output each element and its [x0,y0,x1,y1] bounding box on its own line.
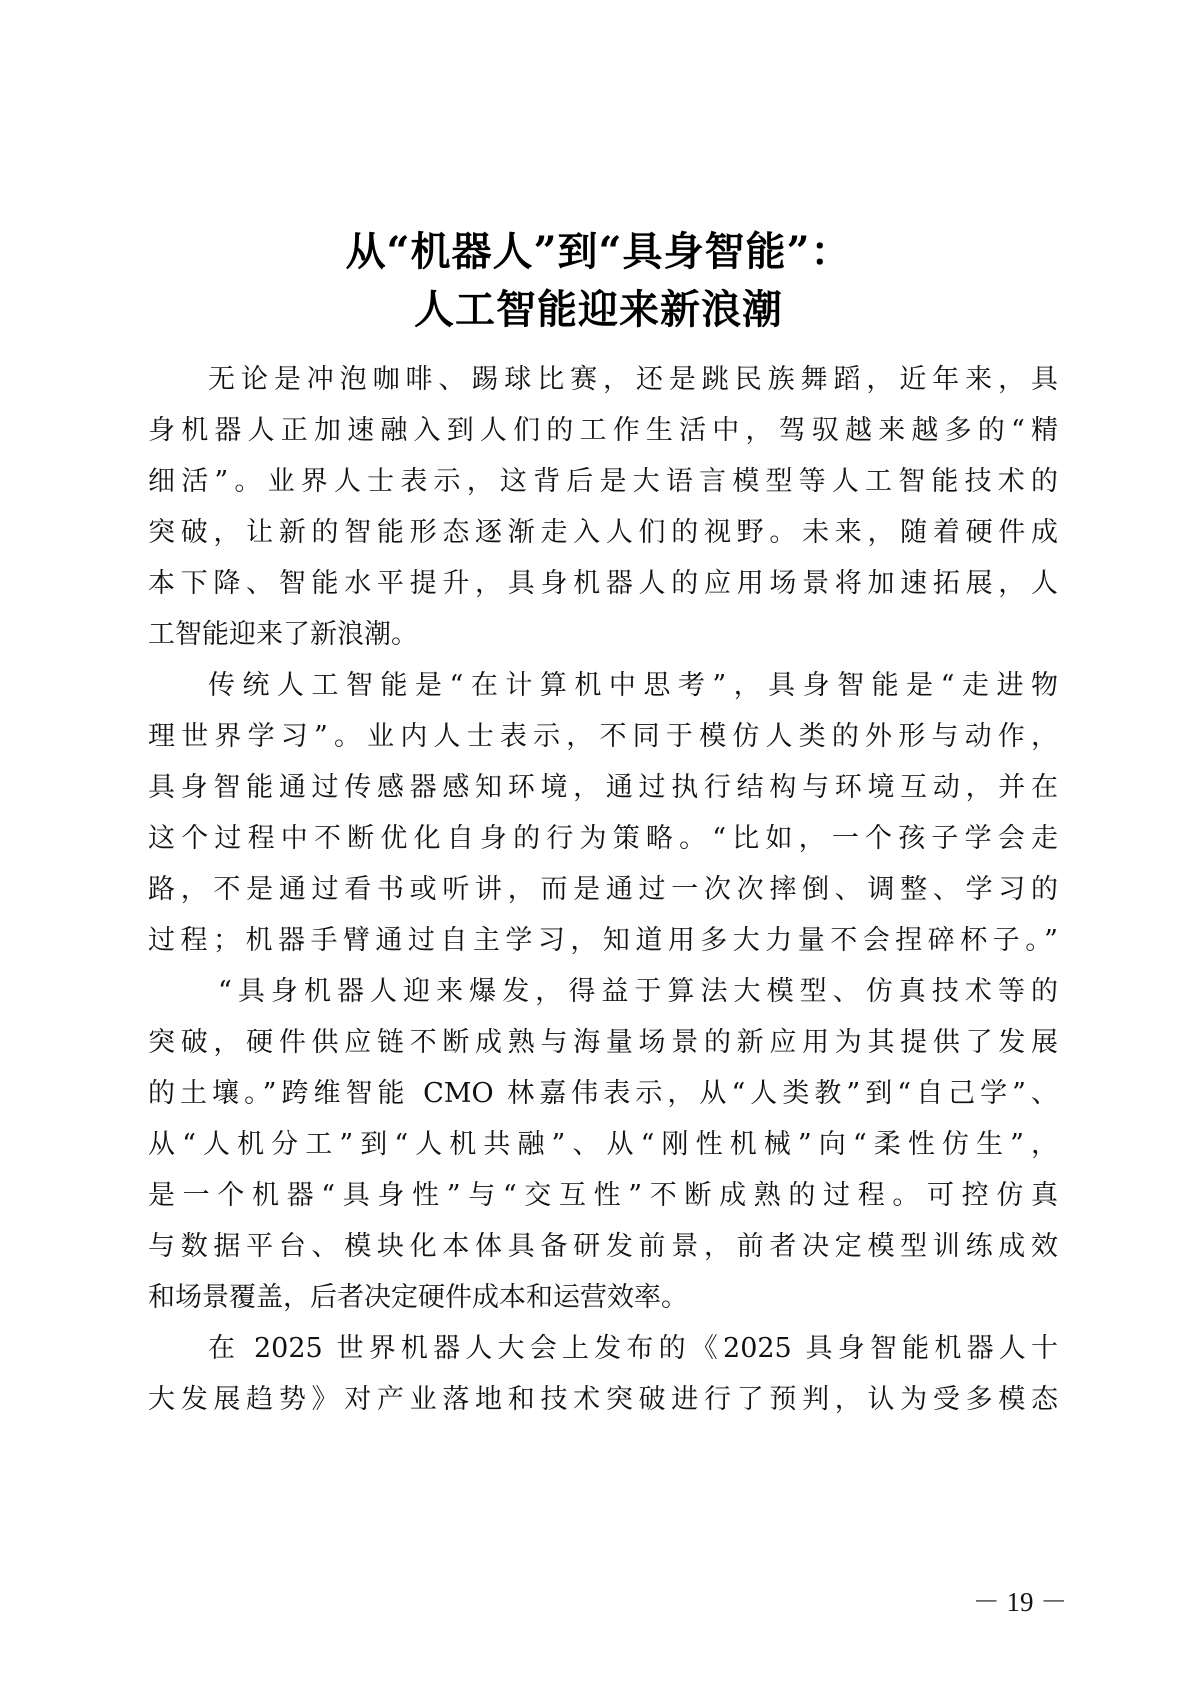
paragraph-line: 的土壤。”跨维智能 CMO 林嘉伟表示，从“人类教”到“自己学”、 [148,1068,1058,1119]
paragraph-line: 过程；机器手臂通过自主学习，知道用多大力量不会捏碎杯子。” [148,915,1058,966]
paragraph-line: 本下降、智能水平提升，具身机器人的应用场景将加速拓展，人 [148,558,1058,609]
paragraph-line: 传统人工智能是“在计算机中思考”，具身智能是“走进物 [148,660,1058,711]
paragraph-line: 是一个机器“具身性”与“交互性”不断成熟的过程。可控仿真 [148,1170,1058,1221]
paragraph-line: 与数据平台、模块化本体具备研发前景，前者决定模型训练成效 [148,1221,1058,1272]
paragraph-line: 无论是冲泡咖啡、踢球比赛，还是跳民族舞蹈，近年来，具 [148,354,1058,405]
paragraph-line: 和场景覆盖，后者决定硬件成本和运营效率。 [148,1272,1058,1323]
paragraph-3: “具身机器人迎来爆发，得益于算法大模型、仿真技术等的 突破，硬件供应链不断成熟与… [148,966,1058,1323]
paragraph-line: 具身智能通过传感器感知环境，通过执行结构与环境互动，并在 [148,762,1058,813]
paragraph-line: 突破，让新的智能形态逐渐走入人们的视野。未来，随着硬件成 [148,507,1058,558]
paragraph-line: “具身机器人迎来爆发，得益于算法大模型、仿真技术等的 [148,966,1058,1017]
paragraph-line: 这个过程中不断优化自身的行为策略。“比如，一个孩子学会走 [148,813,1058,864]
title-line-2: 人工智能迎来新浪潮 [0,281,1197,339]
paragraph-2: 传统人工智能是“在计算机中思考”，具身智能是“走进物 理世界学习”。业内人士表示… [148,660,1058,966]
article-body: 无论是冲泡咖啡、踢球比赛，还是跳民族舞蹈，近年来，具 身机器人正加速融入到人们的… [148,354,1058,1425]
document-page: 从“机器人”到“具身智能”： 人工智能迎来新浪潮 无论是冲泡咖啡、踢球比赛，还是… [0,0,1197,1694]
paragraph-4: 在 2025 世界机器人大会上发布的《2025 具身智能机器人十 大发展趋势》对… [148,1323,1058,1425]
paragraph-1: 无论是冲泡咖啡、踢球比赛，还是跳民族舞蹈，近年来，具 身机器人正加速融入到人们的… [148,354,1058,660]
paragraph-line: 路，不是通过看书或听讲，而是通过一次次摔倒、调整、学习的 [148,864,1058,915]
paragraph-line: 突破，硬件供应链不断成熟与海量场景的新应用为其提供了发展 [148,1017,1058,1068]
paragraph-line: 细活”。业界人士表示，这背后是大语言模型等人工智能技术的 [148,456,1058,507]
paragraph-line: 工智能迎来了新浪潮。 [148,609,1058,660]
paragraph-line: 从“人机分工”到“人机共融”、从“刚性机械”向“柔性仿生”， [148,1119,1058,1170]
title-line-1: 从“机器人”到“具身智能”： [0,223,1197,281]
paragraph-line: 身机器人正加速融入到人们的工作生活中，驾驭越来越多的“精 [148,405,1058,456]
paragraph-line: 理世界学习”。业内人士表示，不同于模仿人类的外形与动作， [148,711,1058,762]
paragraph-line: 在 2025 世界机器人大会上发布的《2025 具身智能机器人十 [148,1323,1058,1374]
page-number: － 19 － [960,1580,1080,1619]
article-title: 从“机器人”到“具身智能”： 人工智能迎来新浪潮 [0,223,1197,339]
paragraph-line: 大发展趋势》对产业落地和技术突破进行了预判，认为受多模态 [148,1374,1058,1425]
